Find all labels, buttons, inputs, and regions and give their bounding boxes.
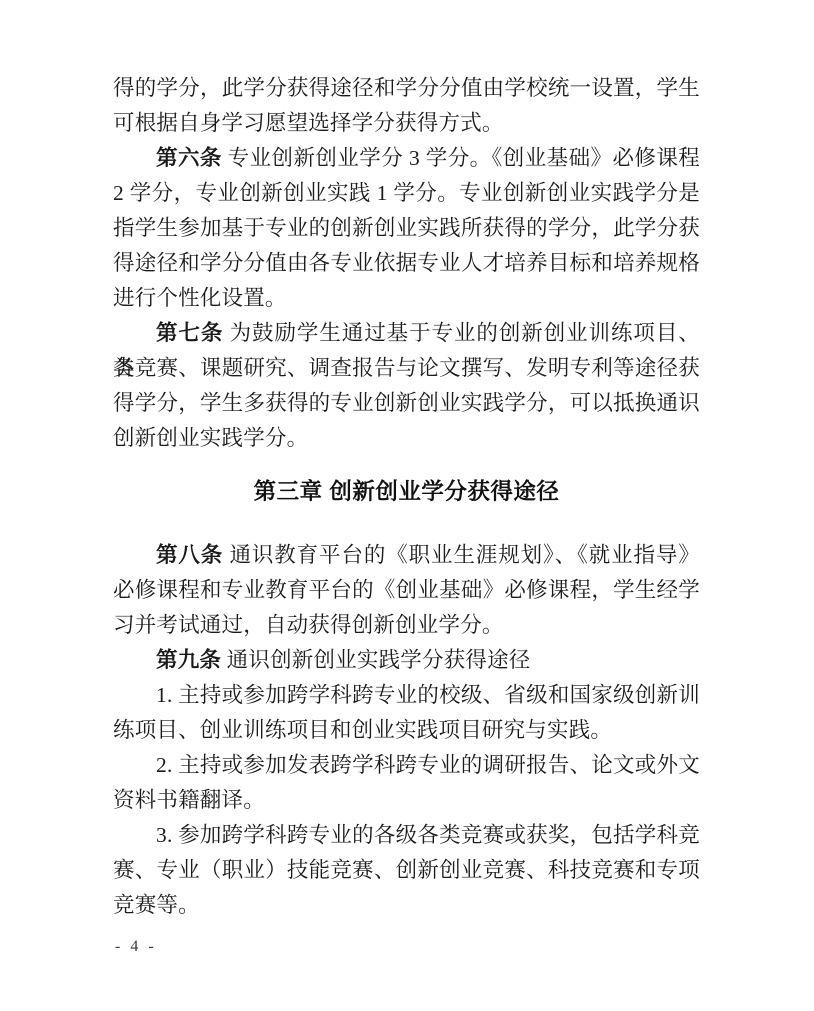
text-line: 类竞赛、课题研究、调查报告与论文撰写、发明专利等途径获 <box>113 351 700 386</box>
text-line: 2 学分，专业创新创业实践 1 学分。专业创新创业实践学分是 <box>113 176 700 211</box>
article-number-label: 第七条 <box>156 321 223 345</box>
text-line: 得学分，学生多获得的专业创新创业实践学分，可以抵换通识 <box>113 386 700 421</box>
text-line: 得的学分，此学分获得途径和学分分值由学校统一设置，学生 <box>113 71 700 106</box>
text-line: 第八条 通识教育平台的《职业生涯规划》、《就业指导》 <box>113 538 700 573</box>
text-line: 资料书籍翻译。 <box>113 783 700 818</box>
article-number-label: 第九条 <box>156 648 221 672</box>
article-number-label: 第八条 <box>156 543 223 567</box>
document-page: 得的学分，此学分获得途径和学分分值由学校统一设置，学生可根据自身学习愿望选择学分… <box>0 0 814 1011</box>
text-line: 3. 参加跨学科跨专业的各级各类竞赛或获奖，包括学科竞 <box>113 818 700 853</box>
text-line: 2. 主持或参加发表跨学科跨专业的调研报告、论文或外文 <box>113 748 700 783</box>
text-line: 第七条 为鼓励学生通过基于专业的创新创业训练项目、各 <box>113 316 700 351</box>
document-body: 得的学分，此学分获得途径和学分分值由学校统一设置，学生可根据自身学习愿望选择学分… <box>113 71 700 923</box>
page-number: - 4 - <box>115 938 157 956</box>
text-line: 第九条 通识创新创业实践学分获得途径 <box>113 643 700 678</box>
text-line: 必修课程和专业教育平台的《创业基础》必修课程，学生经学 <box>113 573 700 608</box>
text-line: 习并考试通过，自动获得创新创业学分。 <box>113 608 700 643</box>
article-number-label: 第六条 <box>156 146 222 170</box>
text-line: 练项目、创业训练项目和创业实践项目研究与实践。 <box>113 713 700 748</box>
text-line: 赛、专业（职业）技能竞赛、创新创业竞赛、科技竞赛和专项 <box>113 853 700 888</box>
chapter-heading: 第三章 创新创业学分获得途径 <box>113 474 700 509</box>
text-line: 创新创业实践学分。 <box>113 421 700 456</box>
text-line: 第六条 专业创新创业学分 3 学分。《创业基础》必修课程 <box>113 141 700 176</box>
text-line: 竞赛等。 <box>113 888 700 923</box>
text-line: 1. 主持或参加跨学科跨专业的校级、省级和国家级创新训 <box>113 678 700 713</box>
text-line: 可根据自身学习愿望选择学分获得方式。 <box>113 106 700 141</box>
text-line: 指学生参加基于专业的创新创业实践所获得的学分，此学分获 <box>113 211 700 246</box>
text-line: 得途径和学分分值由各专业依据专业人才培养目标和培养规格 <box>113 246 700 281</box>
text-line: 进行个性化设置。 <box>113 281 700 316</box>
